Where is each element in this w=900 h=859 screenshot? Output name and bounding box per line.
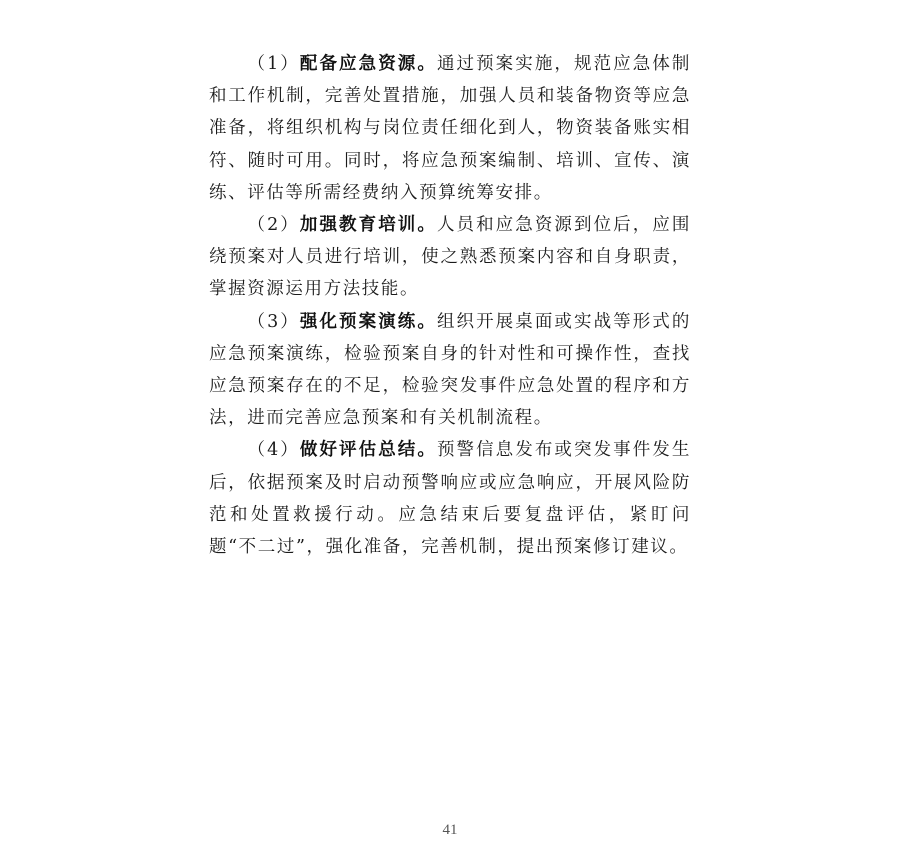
paragraph-heading: 强化预案演练。 <box>300 312 437 332</box>
item-number: （2） <box>248 215 300 235</box>
paragraph-body: 通过预案实施，规范应急体制和工作机制，完善处置措施，加强人员和装备物资等应急准备… <box>209 54 691 203</box>
paragraph-drills: （3）强化预案演练。组织开展桌面或实战等形式的应急预案演练，检验预案自身的针对性… <box>209 306 691 435</box>
paragraph-prepare-resources: （1）配备应急资源。通过预案实施，规范应急体制和工作机制，完善处置措施，加强人员… <box>209 48 691 209</box>
paragraph-evaluation: （4）做好评估总结。预警信息发布或突发事件发生后，依据预案及时启动预警响应或应急… <box>209 434 691 563</box>
item-number: （1） <box>248 54 300 74</box>
item-number: （4） <box>248 440 300 460</box>
page-number: 41 <box>0 822 900 839</box>
paragraph-training: （2）加强教育培训。人员和应急资源到位后，应围绕预案对人员进行培训，使之熟悉预案… <box>209 209 691 306</box>
paragraph-heading: 加强教育培训。 <box>300 215 437 235</box>
document-page: （1）配备应急资源。通过预案实施，规范应急体制和工作机制，完善处置措施，加强人员… <box>209 48 691 563</box>
paragraph-heading: 做好评估总结。 <box>300 440 437 460</box>
item-number: （3） <box>248 312 300 332</box>
paragraph-heading: 配备应急资源。 <box>300 54 437 74</box>
